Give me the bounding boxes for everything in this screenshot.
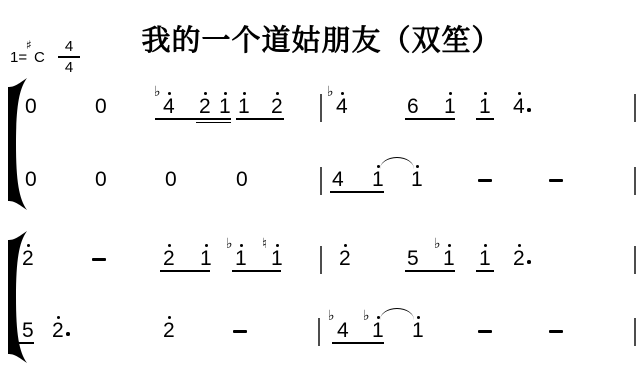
time-numerator: 4 (58, 37, 80, 56)
note: 2 (22, 248, 36, 269)
note: 2 (199, 96, 213, 117)
barline (320, 167, 322, 195)
beam-underline (330, 191, 384, 193)
note: 5 (22, 320, 36, 341)
sustain-dash (549, 179, 563, 182)
flat-icon: ♭ (363, 309, 370, 323)
note: 1 (479, 248, 493, 269)
sustain-dash (549, 330, 563, 333)
note: 6 (407, 96, 421, 117)
beam-underline (160, 270, 210, 272)
note: 5 (407, 248, 421, 269)
note: 1 (271, 248, 285, 269)
note: 2 (163, 320, 177, 341)
time-signature: 4 4 (58, 37, 80, 77)
rest-note: 0 (25, 96, 39, 117)
rest-note: 0 (236, 169, 250, 190)
barline (634, 318, 636, 346)
time-denominator: 4 (58, 58, 80, 77)
barline (318, 318, 320, 346)
beam-underline (196, 122, 231, 124)
note: 4 (513, 96, 527, 117)
beam-underline (236, 118, 284, 120)
augmentation-dot (527, 260, 531, 264)
flat-icon: ♭ (328, 309, 335, 323)
beam-underline (232, 270, 281, 272)
beam-underline (332, 342, 384, 344)
staff-line-system1-upper: 00♭42112♭46114 (0, 96, 643, 130)
beam-underline (476, 270, 494, 272)
staff-line-system2-lower: 522♭4♭11 (0, 320, 643, 354)
note: 1 (219, 96, 233, 117)
flat-icon: ♭ (154, 85, 161, 99)
sheet-music-page: 我的一个道姑朋友（双笙） 1= ♯ C 4 4 00♭42112♭4611400… (0, 0, 643, 368)
flat-icon: ♭ (327, 85, 334, 99)
key-letter: C (34, 49, 45, 66)
note: 1 (372, 320, 386, 341)
note: 4 (163, 96, 177, 117)
note: 1 (412, 320, 426, 341)
sustain-dash (478, 179, 492, 182)
rest-note: 0 (165, 169, 179, 190)
note: 1 (411, 169, 425, 190)
tie-arc (380, 308, 414, 320)
flat-icon: ♭ (226, 237, 233, 251)
beam-underline (405, 118, 455, 120)
key-time-signature: 1= ♯ C 4 4 (10, 38, 100, 82)
barline (634, 167, 636, 195)
note: 1 (444, 96, 458, 117)
note: 1 (479, 96, 493, 117)
beam-underline (155, 118, 231, 120)
beam-underline (405, 270, 455, 272)
barline (320, 246, 322, 274)
note: 1 (235, 248, 249, 269)
barline (634, 94, 636, 122)
natural-icon: ♮ (262, 237, 267, 251)
beam-underline (17, 342, 34, 344)
key-prefix: 1= (10, 49, 27, 66)
note: 1 (238, 96, 252, 117)
note: 4 (337, 320, 351, 341)
note: 1 (200, 248, 214, 269)
staff-line-system2-upper: 221♭1♮125♭112 (0, 248, 643, 282)
rest-note: 0 (95, 96, 109, 117)
note: 4 (336, 96, 350, 117)
note: 2 (339, 248, 353, 269)
tie-arc (380, 157, 414, 169)
rest-note: 0 (95, 169, 109, 190)
note: 1 (443, 248, 457, 269)
note: 2 (513, 248, 527, 269)
sustain-dash (92, 258, 106, 261)
rest-note: 0 (25, 169, 39, 190)
augmentation-dot (66, 332, 70, 336)
note: 2 (52, 320, 66, 341)
beam-underline (476, 118, 494, 120)
note: 4 (332, 169, 346, 190)
sharp-accidental-icon: ♯ (26, 38, 32, 52)
flat-icon: ♭ (434, 237, 441, 251)
barline (634, 246, 636, 274)
note: 2 (271, 96, 285, 117)
note: 2 (163, 248, 177, 269)
augmentation-dot (527, 108, 531, 112)
note: 1 (372, 169, 386, 190)
staff-line-system1-lower: 0000411 (0, 169, 643, 203)
sustain-dash (233, 330, 247, 333)
barline (320, 94, 322, 122)
sustain-dash (478, 330, 492, 333)
